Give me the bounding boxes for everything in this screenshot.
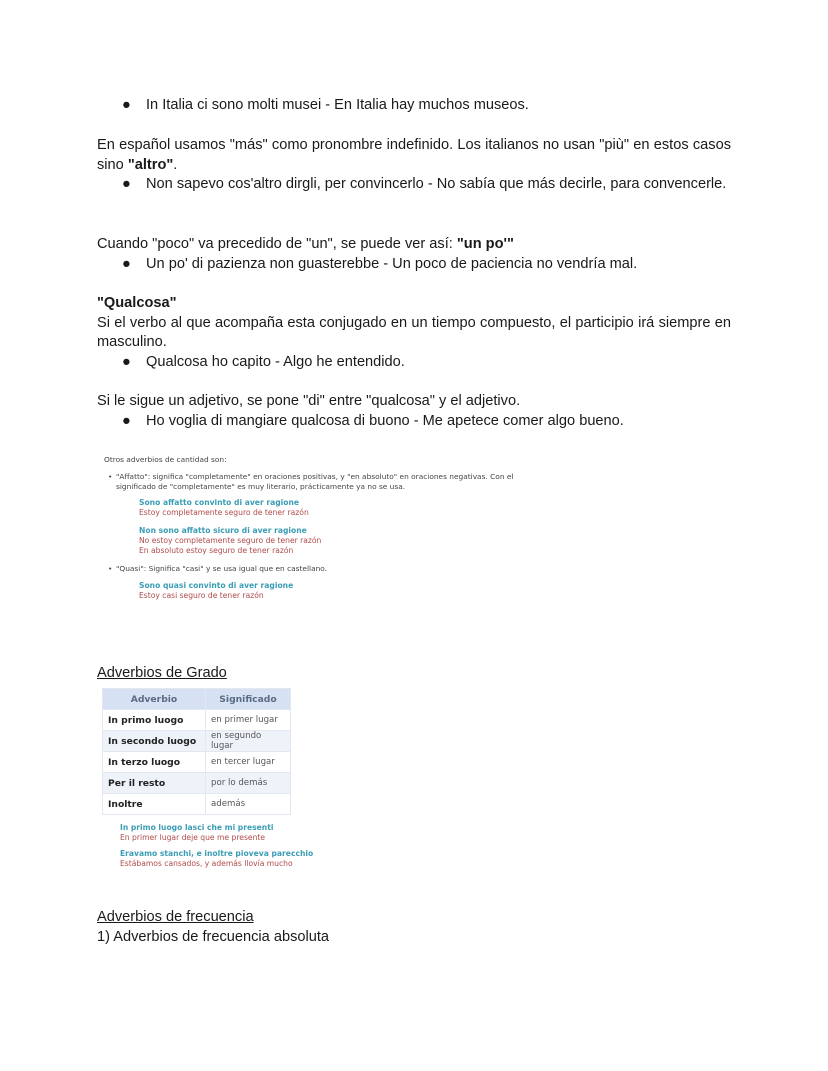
quasi-bullet: • "Quasi": Significa "casi" y se usa igu…	[104, 564, 524, 574]
intro-text: Otros adverbios de cantidad son:	[104, 455, 524, 465]
italian-example: Sono affatto convinto di aver ragione	[139, 498, 524, 508]
column-header: Significado	[206, 689, 291, 710]
spanish-translation: Estábamos cansados, y además llovía much…	[120, 859, 313, 869]
table-row: In secondo luogoen segundo lugar	[103, 731, 291, 752]
adverbio-cell: In primo luogo	[103, 710, 206, 731]
spanish-translation: En absoluto estoy seguro de tener razón	[139, 546, 524, 556]
spanish-translation: En primer lugar deje que me presente	[120, 833, 313, 843]
table-row: Inoltreademás	[103, 794, 291, 815]
paragraph-mas: En español usamos "más" como pronombre i…	[97, 136, 731, 195]
adverbio-cell: In secondo luogo	[103, 731, 206, 752]
affatto-bullet: • "Affatto": significa "completamente" e…	[104, 472, 516, 492]
significado-cell: además	[206, 794, 291, 815]
spanish-translation: No estoy completamente seguro de tener r…	[139, 536, 524, 546]
bullet-icon: •	[108, 564, 112, 574]
bullet-icon: ●	[122, 353, 131, 373]
bullet-text: Un po' di pazienza non guasterebbe - Un …	[146, 256, 637, 272]
table-row: In terzo luogoen tercer lugar	[103, 752, 291, 773]
italian-example: Sono quasi convinto di aver ragione	[139, 581, 524, 591]
significado-cell: en primer lugar	[206, 710, 291, 731]
bullet-museums: ●In Italia ci sono molti musei - En Ital…	[97, 96, 731, 116]
embedded-cantidad-image: Otros adverbios de cantidad son: • "Affa…	[104, 455, 524, 601]
spanish-translation: Estoy casi seguro de tener razón	[139, 591, 524, 601]
paragraph-text: En español usamos "más" como pronombre i…	[97, 137, 731, 173]
example-group: Sono quasi convinto di aver ragione Esto…	[104, 581, 524, 601]
section-heading: "Qualcosa"	[97, 295, 177, 311]
example-group: Sono affatto convinto di aver ragione Es…	[104, 498, 524, 518]
bullet-text: "Quasi": Significa "casi" y se usa igual…	[116, 564, 327, 573]
bullet-icon: ●	[122, 412, 131, 432]
significado-cell: en tercer lugar	[206, 752, 291, 773]
adverbio-cell: In terzo luogo	[103, 752, 206, 773]
subheading-frecuencia-absoluta: 1) Adverbios de frecuencia absoluta	[97, 928, 329, 948]
paragraph-end: .	[173, 157, 177, 173]
adverbio-cell: Inoltre	[103, 794, 206, 815]
heading-grado: Adverbios de Grado	[97, 664, 227, 684]
bullet-text: Ho voglia di mangiare qualcosa di buono …	[146, 413, 624, 429]
bullet-text: Qualcosa ho capito - Algo he entendido.	[146, 354, 405, 370]
section-qualcosa: "Qualcosa" Si el verbo al que acompaña e…	[97, 294, 731, 372]
significado-cell: por lo demás	[206, 773, 291, 794]
grado-table: Adverbio Significado In primo luogoen pr…	[102, 688, 291, 815]
bullet-text: Non sapevo cos'altro dirgli, per convinc…	[146, 176, 726, 192]
column-header: Adverbio	[103, 689, 206, 710]
bold-un-po: "un po'"	[457, 236, 514, 252]
grado-table-image: Adverbio Significado In primo luogoen pr…	[102, 688, 295, 869]
paragraph-adjetivo: Si le sigue un adjetivo, se pone "di" en…	[97, 392, 731, 431]
paragraph-text: Si le sigue un adjetivo, se pone "di" en…	[97, 392, 731, 412]
bullet-icon: ●	[122, 255, 131, 275]
bullet-icon: •	[108, 472, 112, 482]
paragraph-text: Si el verbo al que acompaña esta conjuga…	[97, 314, 731, 353]
italian-example: In primo luogo lasci che mi presenti	[120, 823, 313, 833]
bullet-text: "Affatto": significa "completamente" en …	[116, 472, 513, 491]
italian-example: Non sono affatto sicuro di aver ragione	[139, 526, 524, 536]
table-row: In primo luogoen primer lugar	[103, 710, 291, 731]
heading-frecuencia: Adverbios de frecuencia	[97, 908, 329, 928]
bullet-icon: ●	[122, 96, 131, 116]
adverbio-cell: Per il resto	[103, 773, 206, 794]
italian-example: Eravamo stanchi, e inoltre pioveva parec…	[120, 849, 313, 859]
section-frecuencia: Adverbios de frecuencia 1) Adverbios de …	[97, 908, 329, 947]
significado-cell: en segundo lugar	[206, 731, 291, 752]
spanish-translation: Estoy completamente seguro de tener razó…	[139, 508, 524, 518]
grado-examples: In primo luogo lasci che mi presenti En …	[120, 823, 313, 869]
bold-altro: "altro"	[128, 157, 173, 173]
bullet-icon: ●	[122, 175, 131, 195]
paragraph-text: Cuando "poco" va precedido de "un", se p…	[97, 236, 457, 252]
bullet-text: In Italia ci sono molti musei - En Itali…	[146, 97, 529, 113]
table-row: Per il restopor lo demás	[103, 773, 291, 794]
paragraph-poco: Cuando "poco" va precedido de "un", se p…	[97, 235, 731, 274]
example-group: Non sono affatto sicuro di aver ragione …	[104, 526, 524, 556]
